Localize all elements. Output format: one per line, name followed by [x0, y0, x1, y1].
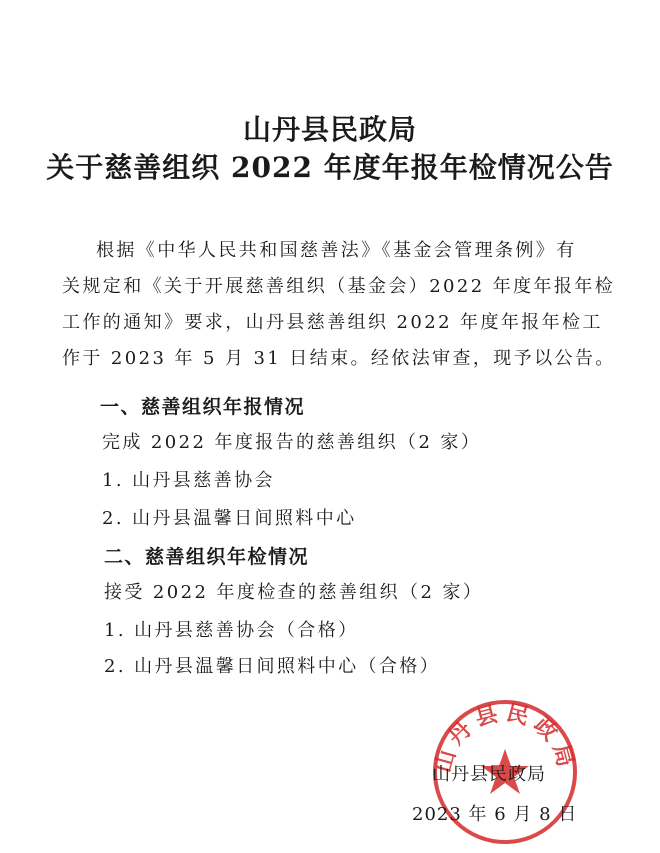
intro-line-2: 关规定和《关于开展慈善组织（基金会）2022 年度年报年检: [62, 272, 615, 298]
title-line-2: 关于慈善组织 2022 年度年报年检情况公告: [0, 146, 660, 186]
list-item: 1. 山丹县慈善协会（合格）: [104, 616, 359, 642]
title-line-1: 山丹县民政局: [0, 108, 660, 148]
intro-line-1: 根据《中华人民共和国慈善法》《基金会管理条例》有: [96, 236, 577, 262]
section-heading: 一、慈善组织年报情况: [100, 392, 305, 419]
issuer-name: 山丹县民政局: [432, 760, 546, 786]
intro-line-3: 工作的通知》要求，山丹县慈善组织 2022 年度年报年检工: [62, 308, 603, 334]
section-summary: 接受 2022 年度检查的慈善组织（2 家）: [104, 578, 483, 604]
list-item: 1. 山丹县慈善协会: [102, 466, 275, 492]
issue-date: 2023 年 6 月 8 日: [412, 800, 577, 826]
section-summary: 完成 2022 年度报告的慈善组织（2 家）: [102, 428, 481, 454]
intro-line-4: 作于 2023 年 5 月 31 日结束。经依法审查，现予以公告。: [62, 344, 616, 370]
list-item: 2. 山丹县温馨日间照料中心: [102, 504, 357, 530]
section-heading: 二、慈善组织年检情况: [104, 542, 309, 569]
list-item: 2. 山丹县温馨日间照料中心（合格）: [104, 652, 440, 678]
